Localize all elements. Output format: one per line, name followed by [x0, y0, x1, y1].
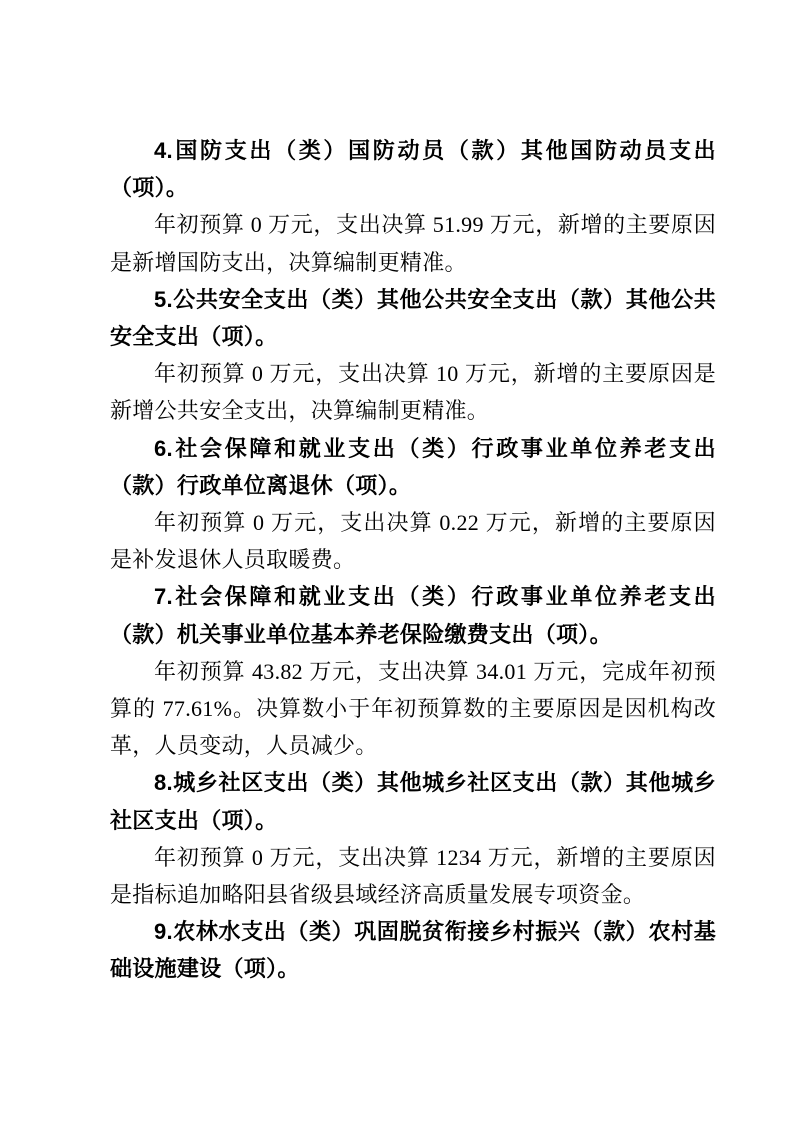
- document-body: 4.国防支出（类）国防动员（款）其他国防动员支出（项）。 年初预算 0 万元，支…: [110, 132, 716, 988]
- section-8-body: 年初预算 0 万元，支出决算 1234 万元，新增的主要原因是指标追加略阳县省级…: [110, 839, 716, 913]
- section-8-heading: 8.城乡社区支出（类）其他城乡社区支出（款）其他城乡社区支出（项）。: [110, 764, 716, 838]
- section-7-body: 年初预算 43.82 万元，支出决算 34.01 万元，完成年初预算的 77.6…: [110, 653, 716, 765]
- document-page: 4.国防支出（类）国防动员（款）其他国防动员支出（项）。 年初预算 0 万元，支…: [0, 0, 793, 1122]
- section-7-heading: 7.社会保障和就业支出（类）行政事业单位养老支出（款）机关事业单位基本养老保险缴…: [110, 578, 716, 652]
- section-4-heading: 4.国防支出（类）国防动员（款）其他国防动员支出（项）。: [110, 132, 716, 206]
- section-6-heading: 6.社会保障和就业支出（类）行政事业单位养老支出（款）行政单位离退休（项）。: [110, 430, 716, 504]
- section-6-body: 年初预算 0 万元，支出决算 0.22 万元，新增的主要原因是补发退休人员取暖费…: [110, 504, 716, 578]
- section-5-body: 年初预算 0 万元，支出决算 10 万元，新增的主要原因是新增公共安全支出，决算…: [110, 355, 716, 429]
- section-9-heading: 9.农林水支出（类）巩固脱贫衔接乡村振兴（款）农村基础设施建设（项）。: [110, 913, 716, 987]
- section-4-body: 年初预算 0 万元，支出决算 51.99 万元，新增的主要原因是新增国防支出，决…: [110, 206, 716, 280]
- section-5-heading: 5.公共安全支出（类）其他公共安全支出（款）其他公共安全支出（项）。: [110, 281, 716, 355]
